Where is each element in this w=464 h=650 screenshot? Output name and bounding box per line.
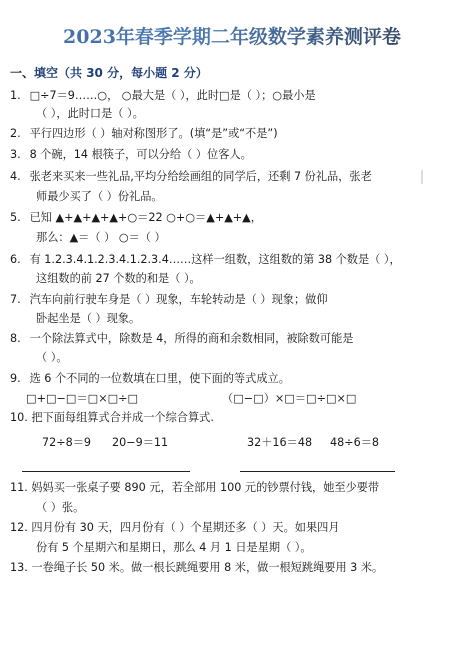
q10-group-1-b: 20−9＝11 [112,434,168,450]
margin-mark [421,170,423,184]
question-number: 4. [10,167,26,187]
question-text: 平行四边形（ ）轴对称图形了。(填“是”或“不是”) [30,127,278,140]
q10-group-2-a: 32＋16＝48 [247,434,312,450]
question-number: 6. [10,250,26,270]
question-text: 师最少买了（ ）份礼品。 [36,190,163,203]
exam-title: 2023年春季学期二年级数学素养测评卷 [0,22,464,49]
question-2: 2. 平行四边形（ ）轴对称图形了。(填“是”或“不是”) [10,124,278,144]
q9-equation-right: （□−□）×□＝□÷□×□ [222,390,356,406]
question-text: 一个除法算式中，除数是 4，所得的商和余数相同，被除数可能是 [30,332,354,345]
question-7: 7. 汽车向前行驶车身是（ ）现象，车轮转动是（ ）现象；做仰 [10,290,328,310]
question-4-line-2: 师最少买了（ ）份礼品。 [10,187,163,207]
question-number: 9. [10,369,26,389]
question-5: 5. 已知 ▲+▲+▲+▲+○＝22 ○+○＝▲+▲+▲， [10,208,262,228]
question-6: 6. 有 1.2.3.4.1.2.3.4.1.2.3.4……这样一组数，这组数的… [10,250,401,270]
question-11-line-2: （ ）张。 [10,498,84,518]
question-text: 把下面每组算式合并成一个综合算式. [31,411,214,424]
section-heading-fill-in: 一、填空（共 30 分，每小题 2 分） [10,64,208,81]
question-3: 3. 8 个碗，14 根筷子，可以分给（ ）位客人。 [10,145,252,165]
answer-line-group-1[interactable] [22,471,190,472]
question-12: 12. 四月份有 30 天，四月份有（ ）个星期还多（ ）天。如果四月 [10,518,340,538]
question-text: 有 1.2.3.4.1.2.3.4.1.2.3.4……这样一组数，这组数的第 3… [30,253,401,266]
question-number: 1. [10,86,26,106]
question-11: 11. 妈妈买一张桌子要 890 元，若全部用 100 元的钞票付钱，她至少要带 [10,478,379,498]
question-9: 9. 选 6 个不同的一位数填在口里，使下面的等式成立。 [10,369,290,389]
question-text: 四月份有 30 天，四月份有（ ）个星期还多（ ）天。如果四月 [31,521,339,534]
question-number: 10. [10,408,28,428]
question-text: □÷7＝9……○， ○最大是（ ），此时□是（ ）；○最小是 [30,89,316,102]
question-text: （ ）张。 [36,501,84,514]
question-text: 一卷绳子长 50 米。做一根长跳绳要用 8 米，做一根短跳绳要用 3 米。 [31,561,383,574]
question-number: 13. [10,558,28,578]
question-6-line-2: 这组数的前 27 个数的和是（ ）。 [10,269,201,289]
q10-group-2-b: 48÷6＝8 [330,434,379,450]
question-1-line-2: （ ），此时口是（ ）。 [10,104,144,124]
question-8: 8. 一个除法算式中，除数是 4，所得的商和余数相同，被除数可能是 [10,329,354,349]
question-text: 卧起坐是（ ）现象。 [36,312,140,325]
question-8-line-2: （ ）。 [10,348,68,368]
question-number: 5. [10,208,26,228]
q10-group-1-a: 72÷8＝9 [42,434,91,450]
question-text: 8 个碗，14 根筷子，可以分给（ ）位客人。 [30,148,252,161]
question-text: 张老来买来一些礼品,平均分给绘画组的同学后，还剩 7 份礼品，张老 [30,170,372,183]
question-text: 妈妈买一张桌子要 890 元，若全部用 100 元的钞票付钱，她至少要带 [31,481,379,494]
question-number: 7. [10,290,26,310]
question-5-line-2: 那么：▲＝（ ） ○＝（ ） [10,228,166,248]
question-text: 已知 ▲+▲+▲+▲+○＝22 ○+○＝▲+▲+▲， [30,211,262,224]
question-text: 选 6 个不同的一位数填在口里，使下面的等式成立。 [30,372,290,385]
section-label: 填空（共 30 分，每小题 2 分） [34,66,208,80]
question-number: 12. [10,518,28,538]
question-number: 3. [10,145,26,165]
question-1: 1. □÷7＝9……○， ○最大是（ ），此时□是（ ）；○最小是 [10,86,316,106]
question-text: 那么：▲＝（ ） ○＝（ ） [36,231,166,244]
question-text: （ ），此时口是（ ）。 [36,107,144,120]
question-4: 4. 张老来买来一些礼品,平均分给绘画组的同学后，还剩 7 份礼品，张老 [10,167,372,187]
question-7-line-2: 卧起坐是（ ）现象。 [10,309,140,329]
question-number: 8. [10,329,26,349]
question-12-line-2: 份有 5 个星期六和星期日，那么 4 月 1 日是星期（ ）。 [10,538,312,558]
question-number: 11. [10,478,28,498]
question-text: （ ）。 [36,351,68,364]
answer-line-group-2[interactable] [240,471,395,472]
q9-equation-left: □+□−□＝□×□÷□ [26,390,138,406]
section-number: 一、 [10,66,34,80]
question-text: 汽车向前行驶车身是（ ）现象，车轮转动是（ ）现象；做仰 [30,293,328,306]
question-13: 13. 一卷绳子长 50 米。做一根长跳绳要用 8 米，做一根短跳绳要用 3 米… [10,558,383,578]
question-text: 这组数的前 27 个数的和是（ ）。 [36,272,201,285]
question-text: 份有 5 个星期六和星期日，那么 4 月 1 日是星期（ ）。 [36,541,312,554]
question-10: 10. 把下面每组算式合并成一个综合算式. [10,408,214,428]
question-number: 2. [10,124,26,144]
